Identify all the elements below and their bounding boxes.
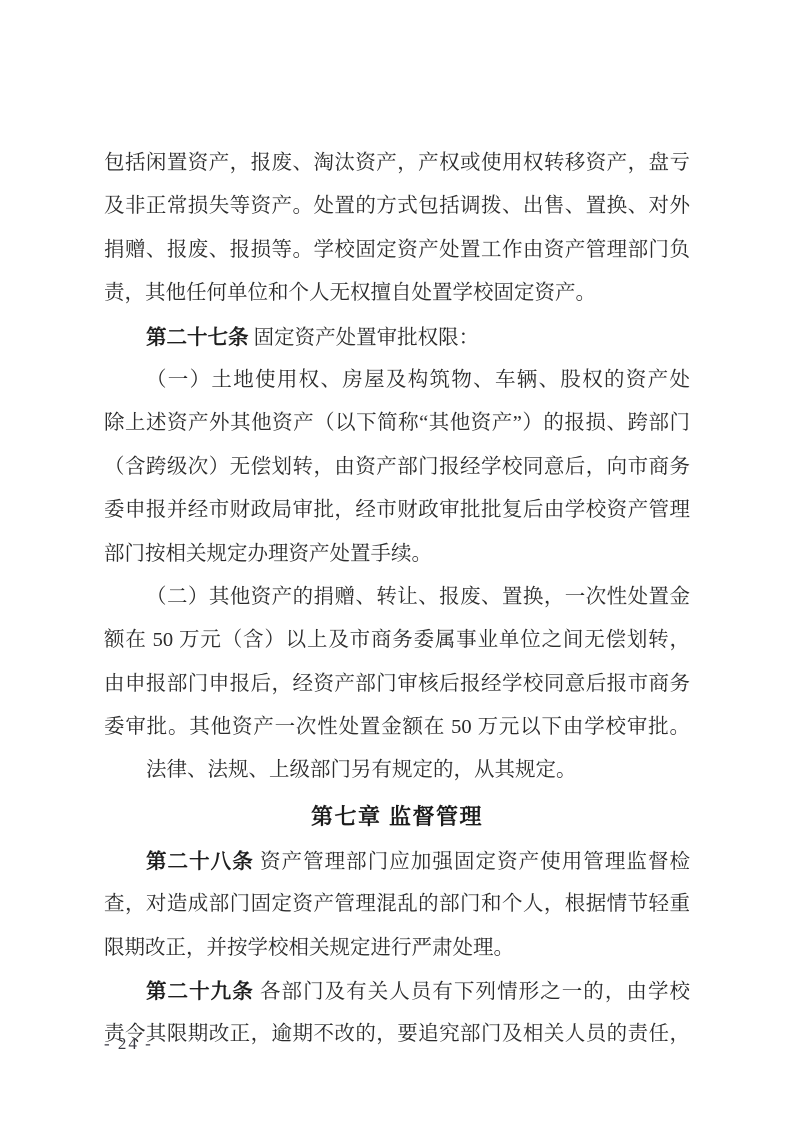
line-text: 责令其限期改正，逾期不改的，要追究部门及相关人员的责任，: [104, 1023, 690, 1045]
line-text: 由申报部门申报后，经资产部门审核后报经学校同意后报市商务: [104, 673, 690, 695]
paragraph-line: 委申报并经市财政局审批，经市财政审批批复后由学校资产管理: [104, 489, 690, 532]
line-text: 捐赠、报废、报损等。学校固定资产处置工作由资产管理部门负: [104, 239, 690, 261]
paragraph-line: （一）土地使用权、房屋及构筑物、车辆、股权的资产处置，: [104, 359, 690, 402]
line-text: （一）土地使用权、房屋及构筑物、车辆、股权的资产处置，: [104, 369, 690, 402]
line-text: 查，对造成部门固定资产管理混乱的部门和个人，根据情节轻重: [104, 893, 690, 915]
paragraph-line: 由申报部门申报后，经资产部门审核后报经学校同意后报市商务: [104, 663, 690, 706]
paragraph-line: 捐赠、报废、报损等。学校固定资产处置工作由资产管理部门负: [104, 229, 690, 272]
article-line: 第二十九条 各部门及有关人员有下列情形之一的，由学校: [104, 970, 690, 1013]
paragraph-line: 除上述资产外其他资产（以下简称“其他资产”）的报损、跨部门: [104, 402, 690, 445]
line-text: 部门按相关规定办理资产处置手续。: [104, 543, 432, 565]
paragraph-line: 及非正常损失等资产。处置的方式包括调拨、出售、置换、对外: [104, 185, 690, 228]
line-text: 包括闲置资产，报废、淘汰资产，产权或使用权转移资产，盘亏: [104, 152, 690, 174]
line-text: 委申报并经市财政局审批，经市财政审批批复后由学校资产管理: [104, 499, 690, 521]
line-text: 额在 50 万元（含）以上及市商务委属事业单位之间无偿划转，: [104, 629, 690, 651]
article-line: 第二十七条 固定资产处置审批权限：: [104, 316, 690, 359]
line-text: 限期改正，并按学校相关规定进行严肃处理。: [104, 937, 514, 959]
paragraph-line: 委审批。其他资产一次性处置金额在 50 万元以下由学校审批。: [104, 706, 690, 749]
paragraph-line: 额在 50 万元（含）以上及市商务委属事业单位之间无偿划转，: [104, 619, 690, 662]
article-number: 第二十九条: [146, 980, 254, 1003]
paragraph-line: （含跨级次）无偿划转，由资产部门报经学校同意后，向市商务: [104, 446, 690, 489]
line-text: （二）其他资产的捐赠、转让、报废、置换，一次性处置金: [146, 586, 690, 608]
paragraph-line: 责令其限期改正，逾期不改的，要追究部门及相关人员的责任，: [104, 1013, 690, 1056]
line-text: 委审批。其他资产一次性处置金额在 50 万元以下由学校审批。: [104, 716, 690, 738]
chapter-heading: 第七章 监督管理: [104, 793, 690, 840]
paragraph-line: 查，对造成部门固定资产管理混乱的部门和个人，根据情节轻重: [104, 883, 690, 926]
line-text: 责，其他任何单位和个人无权擅自处置学校固定资产。: [104, 282, 596, 304]
article-number: 第二十八条: [146, 850, 254, 873]
paragraph-line: 法律、法规、上级部门另有规定的，从其规定。: [104, 749, 690, 792]
document-page: 包括闲置资产，报废、淘汰资产，产权或使用权转移资产，盘亏 及非正常损失等资产。处…: [0, 0, 794, 1123]
line-text: 除上述资产外其他资产（以下简称“其他资产”）的报损、跨部门: [104, 412, 690, 434]
line-text: 及非正常损失等资产。处置的方式包括调拨、出售、置换、对外: [104, 195, 690, 217]
paragraph-line: （二）其他资产的捐赠、转让、报废、置换，一次性处置金: [104, 576, 690, 619]
line-text: 法律、法规、上级部门另有规定的，从其规定。: [146, 759, 577, 781]
page-number: - 24 -: [104, 1032, 153, 1056]
paragraph-line: 责，其他任何单位和个人无权擅自处置学校固定资产。: [104, 272, 690, 315]
line-text: 资产管理部门应加强固定资产使用管理监督检: [254, 851, 690, 873]
document-body: 包括闲置资产，报废、淘汰资产，产权或使用权转移资产，盘亏 及非正常损失等资产。处…: [104, 142, 690, 1057]
paragraph-line: 限期改正，并按学校相关规定进行严肃处理。: [104, 927, 690, 970]
article-number: 第二十七条: [146, 326, 249, 349]
article-line: 第二十八条 资产管理部门应加强固定资产使用管理监督检: [104, 840, 690, 883]
paragraph-line: 部门按相关规定办理资产处置手续。: [104, 533, 690, 576]
paragraph-line: 包括闲置资产，报废、淘汰资产，产权或使用权转移资产，盘亏: [104, 142, 690, 185]
line-text: 各部门及有关人员有下列情形之一的，由学校: [254, 981, 690, 1003]
line-text: （含跨级次）无偿划转，由资产部门报经学校同意后，向市商务: [104, 456, 690, 478]
line-text: 固定资产处置审批权限：: [249, 327, 480, 349]
